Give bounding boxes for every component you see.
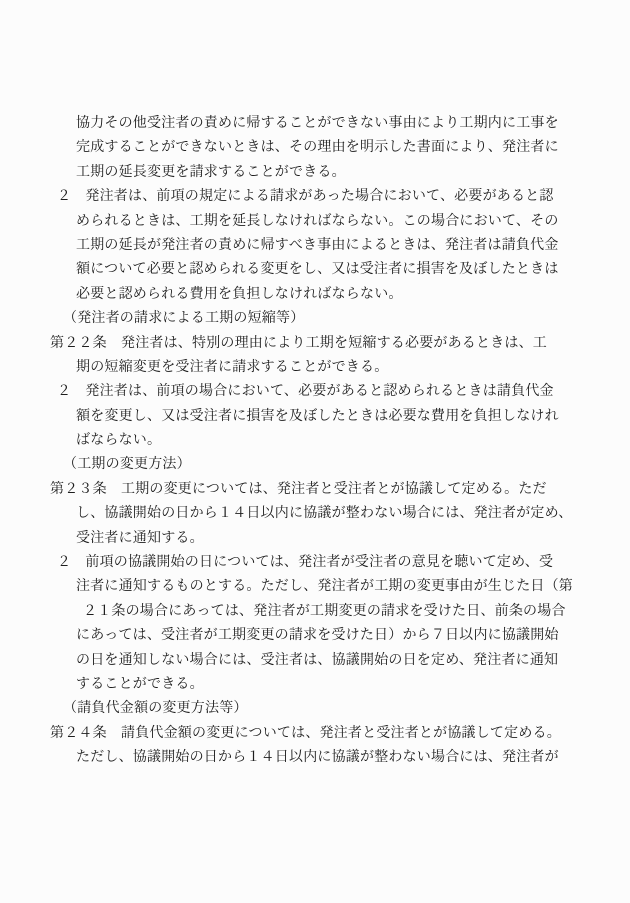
section-heading: （工期の変更方法） bbox=[0, 453, 630, 477]
document-line: められるときは、工期を延長しなければならない。この場合において、その bbox=[0, 210, 630, 234]
document-line: の日を通知しない場合には、受注者は、協議開始の日を定め、発注者に通知 bbox=[0, 649, 630, 673]
document-line: 額を変更し、又は受注者に損害を及ぼしたときは必要な費用を負担しなけれ bbox=[0, 405, 630, 429]
document-line: ただし、協議開始の日から１４日以内に協議が整わない場合には、発注者が bbox=[0, 746, 630, 770]
document-line: ２１条の場合にあっては、発注者が工期変更の請求を受けた日、前条の場合 bbox=[0, 600, 630, 624]
document-line: 工期の延長変更を請求することができる。 bbox=[0, 161, 630, 185]
paragraph-2-line: ２ 発注者は、前項の場合において、必要があると認められるときは請負代金 bbox=[0, 380, 630, 404]
section-heading: （請負代金額の変更方法等） bbox=[0, 697, 630, 721]
document-line: 期の短縮変更を受注者に請求することができる。 bbox=[0, 356, 630, 380]
document-line: 工期の延長が発注者の責めに帰すべき事由によるときは、発注者は請負代金 bbox=[0, 234, 630, 258]
document-line: 受注者に通知する。 bbox=[0, 527, 630, 551]
document-line: し、協議開始の日から１４日以内に協議が整わない場合には、発注者が定め、 bbox=[0, 502, 630, 526]
article-24-line: 第２４条 請負代金額の変更については、発注者と受注者とが協議して定める。 bbox=[0, 722, 630, 746]
document-line: ばならない。 bbox=[0, 429, 630, 453]
section-heading: （発注者の請求による工期の短縮等） bbox=[0, 307, 630, 331]
paragraph-2-line: ２ 発注者は、前項の規定による請求があった場合において、必要があると認 bbox=[0, 185, 630, 209]
document-line: 注者に通知するものとする。ただし、発注者が工期の変更事由が生じた日（第 bbox=[0, 575, 630, 599]
document-line: 必要と認められる費用を負担しなければならない。 bbox=[0, 283, 630, 307]
article-23-line: 第２３条 工期の変更については、発注者と受注者とが協議して定める。ただ bbox=[0, 478, 630, 502]
document-line: 額について必要と認められる変更をし、又は受注者に損害を及ぼしたときは bbox=[0, 258, 630, 282]
article-22-line: 第２２条 発注者は、特別の理由により工期を短縮する必要があるときは、工 bbox=[0, 332, 630, 356]
document-line: にあっては、受注者が工期変更の請求を受けた日）から７日以内に協議開始 bbox=[0, 624, 630, 648]
document-line: 完成することができないときは、その理由を明示した書面により、発注者に bbox=[0, 136, 630, 160]
document-page: 協力その他受注者の責めに帰することができない事由により工期内に工事を 完成するこ… bbox=[0, 0, 630, 903]
document-line: 協力その他受注者の責めに帰することができない事由により工期内に工事を bbox=[0, 112, 630, 136]
paragraph-2-line: ２ 前項の協議開始の日については、発注者が受注者の意見を聴いて定め、受 bbox=[0, 551, 630, 575]
document-line: することができる。 bbox=[0, 673, 630, 697]
